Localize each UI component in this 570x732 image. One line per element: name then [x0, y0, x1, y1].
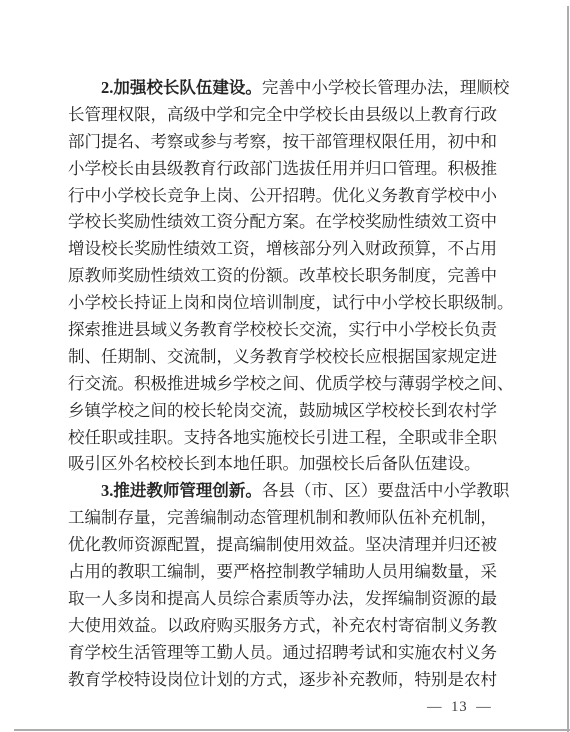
scan-edge-line-right [567, 6, 569, 732]
scanned-document-page: 2.加强校长队伍建设。完善中小学校长管理办法，理顺校长管理权限，高级中学和完全中… [0, 0, 570, 732]
text-line: 行中小学校长竞争上岗、公开招聘。优化义务教育学校中小 [68, 183, 498, 210]
text-line: 行交流。积极推进城乡学校之间、优质学校与薄弱学校之间、 [68, 371, 498, 398]
text-line: 长管理权限，高级中学和完全中学校长由县级以上教育行政 [68, 102, 498, 129]
line-text: 工编制存量，完善编制动态管理机制和教师队伍补充机制， [68, 508, 497, 527]
line-text: 部门提名、考察或参与考察，按干部管理权限任用，初中和 [68, 132, 497, 151]
document-body: 2.加强校长队伍建设。完善中小学校长管理办法，理顺校长管理权限，高级中学和完全中… [68, 75, 498, 693]
line-text: 大使用效益。以政府购买服务方式，补充农村寄宿制义务教 [68, 616, 497, 635]
text-line: 吸引区外名校校长到本地任职。加强校长后备队伍建设。 [68, 451, 498, 478]
line-text: 学校长奖励性绩效工资分配方案。在学校奖励性绩效工资中 [68, 212, 497, 231]
line-text: 吸引区外名校校长到本地任职。加强校长后备队伍建设。 [68, 454, 481, 473]
line-text: 增设校长奖励性绩效工资，增核部分列入财政预算，不占用 [68, 239, 497, 258]
text-line: 制、任期制、交流制，义务教育学校校长应根据国家规定进 [68, 344, 498, 371]
text-line: 原教师奖励性绩效工资的份额。改革校长职务制度，完善中 [68, 263, 498, 290]
text-line: 探索推进县域义务教育学校校长交流，实行中小学校长负责 [68, 317, 498, 344]
line-text: 各县（市、区）要盘活中小学教职 [262, 481, 510, 500]
text-line: 小学校长由县级教育行政部门选拔任用并归口管理。积极推 [68, 156, 498, 183]
line-text: 取一人多岗和提高人员综合素质等办法，发挥编制资源的最 [68, 589, 497, 608]
text-line: 3.推进教师管理创新。各县（市、区）要盘活中小学教职 [68, 478, 498, 505]
text-line: 乡镇学校之间的校长轮岗交流，鼓励城区学校校长到农村学 [68, 398, 498, 425]
scan-edge-line-bottom [14, 729, 570, 731]
line-text: 原教师奖励性绩效工资的份额。改革校长职务制度，完善中 [68, 266, 497, 285]
line-text: 探索推进县域义务教育学校校长交流，实行中小学校长负责 [68, 320, 497, 339]
line-text: 行中小学校长竞争上岗、公开招聘。优化义务教育学校中小 [68, 186, 497, 205]
line-text: 占用的教职工编制，要严格控制教学辅助人员用编数量，采 [68, 562, 497, 581]
line-text: 乡镇学校之间的校长轮岗交流，鼓励城区学校校长到农村学 [68, 401, 497, 420]
line-text: 小学校长持证上岗和岗位培训制度，试行中小学校长职级制。 [68, 293, 514, 312]
text-line: 校任职或挂职。支持各地实施校长引进工程，全职或非全职 [68, 425, 498, 452]
line-text: 完善中小学校长管理办法，理顺校 [262, 78, 510, 97]
line-text: 小学校长由县级教育行政部门选拔任用并归口管理。积极推 [68, 159, 497, 178]
text-line: 育学校生活管理等工勤人员。通过招聘考试和实施农村义务 [68, 640, 498, 667]
text-line: 工编制存量，完善编制动态管理机制和教师队伍补充机制， [68, 505, 498, 532]
text-line: 2.加强校长队伍建设。完善中小学校长管理办法，理顺校 [68, 75, 498, 102]
line-text: 育学校生活管理等工勤人员。通过招聘考试和实施农村义务 [68, 643, 497, 662]
text-line: 取一人多岗和提高人员综合素质等办法，发挥编制资源的最 [68, 586, 498, 613]
paragraph-heading: 3.推进教师管理创新。 [101, 481, 262, 500]
line-text: 制、任期制、交流制，义务教育学校校长应根据国家规定进 [68, 347, 497, 366]
text-line: 大使用效益。以政府购买服务方式，补充农村寄宿制义务教 [68, 613, 498, 640]
text-line: 优化教师资源配置，提高编制使用效益。坚决清理并归还被 [68, 532, 498, 559]
text-line: 教育学校特设岗位计划的方式，逐步补充教师，特别是农村 [68, 667, 498, 694]
paragraph-heading: 2.加强校长队伍建设。 [101, 78, 262, 97]
line-text: 长管理权限，高级中学和完全中学校长由县级以上教育行政 [68, 105, 497, 124]
text-line: 增设校长奖励性绩效工资，增核部分列入财政预算，不占用 [68, 236, 498, 263]
text-line: 占用的教职工编制，要严格控制教学辅助人员用编数量，采 [68, 559, 498, 586]
line-text: 教育学校特设岗位计划的方式，逐步补充教师，特别是农村 [68, 670, 497, 689]
page-number: — 13 — [427, 699, 527, 715]
line-text: 校任职或挂职。支持各地实施校长引进工程，全职或非全职 [68, 428, 497, 447]
line-text: 行交流。积极推进城乡学校之间、优质学校与薄弱学校之间、 [68, 374, 514, 393]
text-line: 小学校长持证上岗和岗位培训制度，试行中小学校长职级制。 [68, 290, 498, 317]
text-line: 部门提名、考察或参与考察，按干部管理权限任用，初中和 [68, 129, 498, 156]
line-text: 优化教师资源配置，提高编制使用效益。坚决清理并归还被 [68, 535, 497, 554]
text-line: 学校长奖励性绩效工资分配方案。在学校奖励性绩效工资中 [68, 209, 498, 236]
